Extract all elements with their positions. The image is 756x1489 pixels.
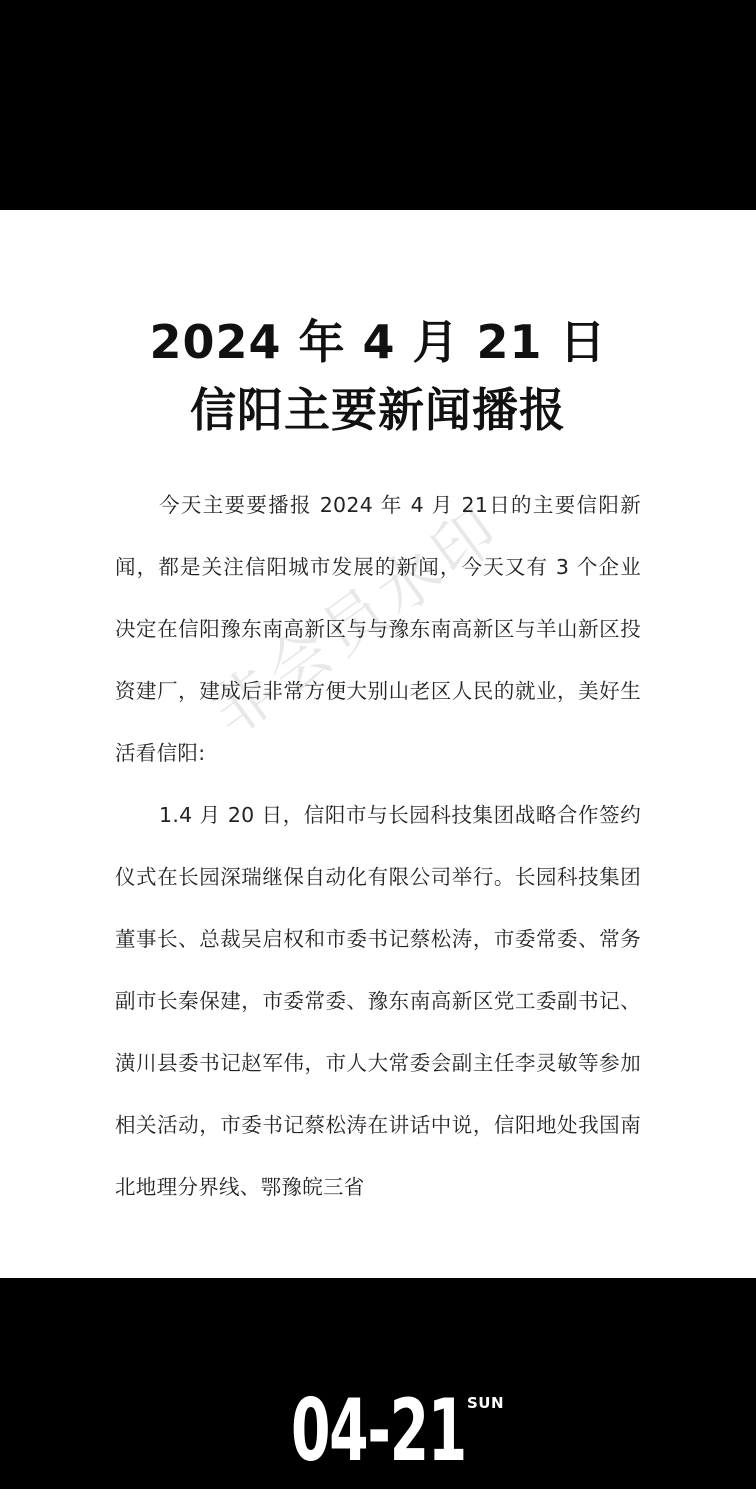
document-page: 2024 年 4 月 21 日 信阳主要新闻播报 今天主要要播报 2024 年 … [0, 210, 756, 1278]
bottom-black-bar: 04-21 SUN [0, 1278, 756, 1489]
weekday-text: SUN [467, 1394, 504, 1412]
document-title: 2024 年 4 月 21 日 信阳主要新闻播报 [0, 308, 756, 444]
date-text: 04-21 [291, 1388, 466, 1474]
title-date-line: 2024 年 4 月 21 日 [0, 308, 756, 376]
title-heading-line: 信阳主要新闻播报 [0, 376, 756, 444]
top-black-bar [0, 0, 756, 210]
paragraph-item-1: 1.4 月 20 日，信阳市与长园科技集团战略合作签约仪式在长园深瑞继保自动化有… [115, 784, 641, 1218]
document-body: 今天主要要播报 2024 年 4 月 21日的主要信阳新闻，都是关注信阳城市发展… [115, 474, 641, 1218]
paragraph-intro: 今天主要要播报 2024 年 4 月 21日的主要信阳新闻，都是关注信阳城市发展… [115, 474, 641, 784]
